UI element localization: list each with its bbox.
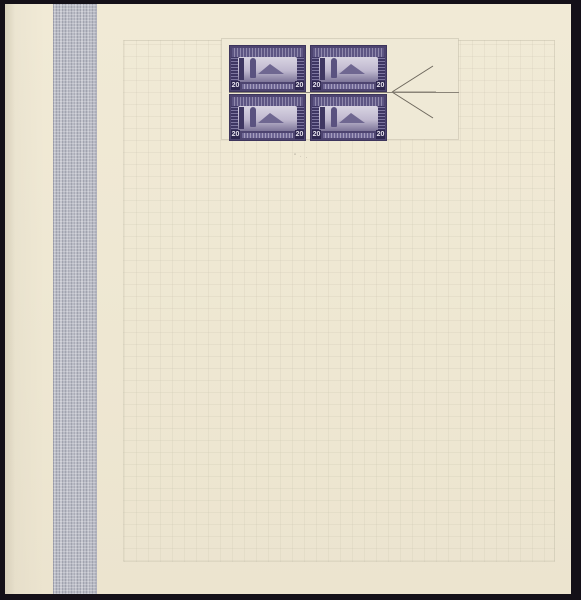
page-edge-shadow — [5, 4, 15, 594]
volcano-icon — [258, 113, 284, 123]
stamp-side-label — [231, 57, 238, 82]
stamp-value: 20 — [231, 130, 240, 139]
stamp-value-band — [323, 133, 374, 138]
stamp-bottom-right: 20 20 — [311, 95, 386, 140]
stamp-side-label — [297, 57, 304, 82]
stamp-value-band — [242, 133, 293, 138]
stamp-value: 20 — [312, 81, 321, 90]
stamp-value-band — [242, 84, 293, 89]
volcano-icon — [339, 64, 365, 74]
stamp-side-label — [231, 106, 238, 131]
messenger-figure-icon — [331, 107, 337, 127]
stamp-top-right: 20 20 — [311, 46, 386, 91]
stamp-inscription-band — [232, 97, 303, 106]
stamp-inscription-band — [232, 48, 303, 57]
stamp-value: 20 — [295, 130, 304, 139]
volcano-icon — [258, 64, 284, 74]
stamp-bottom-left: 20 20 — [230, 95, 305, 140]
stamp-inscription-band — [313, 97, 384, 106]
stamp-value: 20 — [376, 130, 385, 139]
messenger-figure-icon — [250, 58, 256, 78]
pencil-annotation: " · . — [294, 154, 308, 160]
palm-tree-icon — [239, 58, 244, 80]
scene-subject: Stamp album page with imperforate block … — [0, 0, 1, 1]
stamp-side-label — [297, 106, 304, 131]
palm-tree-icon — [320, 58, 325, 80]
stamp-value: 20 — [231, 81, 240, 90]
palm-tree-icon — [239, 107, 244, 129]
stamp-side-label — [312, 57, 319, 82]
messenger-figure-icon — [250, 107, 256, 127]
stamp-value: 20 — [295, 81, 304, 90]
stamp-top-left: 20 20 — [230, 46, 305, 91]
selvage-arrow-icon — [380, 55, 440, 130]
messenger-figure-icon — [331, 58, 337, 78]
linen-hinge-strip — [53, 4, 97, 594]
stamp-value: 20 — [312, 130, 321, 139]
stamp-value-band — [323, 84, 374, 89]
stamp-side-label — [312, 106, 319, 131]
palm-tree-icon — [320, 107, 325, 129]
stamp-inscription-band — [313, 48, 384, 57]
volcano-icon — [339, 113, 365, 123]
